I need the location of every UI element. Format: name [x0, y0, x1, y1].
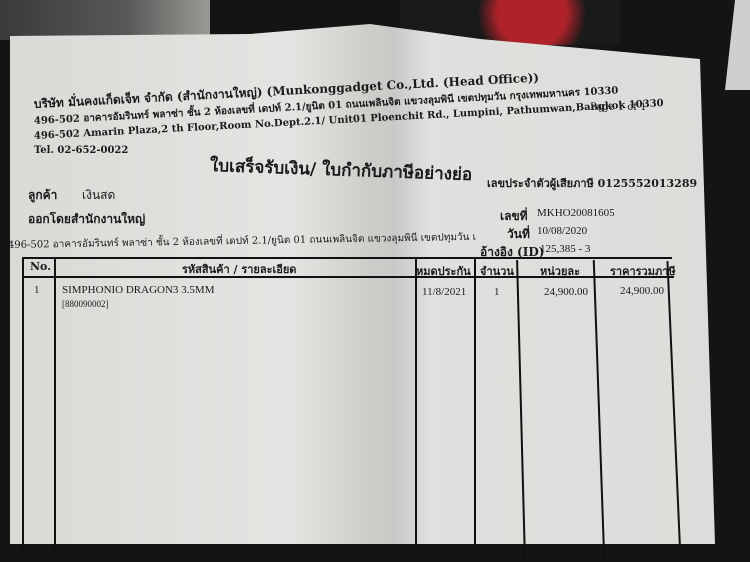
header-no: No. — [30, 260, 51, 273]
table-top-border — [22, 257, 672, 259]
document-number-label: เลขที่ — [500, 207, 528, 226]
reference-value: 125,385 - 3 — [540, 243, 590, 255]
table-col-divider — [474, 259, 476, 559]
row-total: 24,900.00 — [620, 285, 664, 297]
header-warranty: หมดประกัน — [416, 262, 471, 280]
header-quantity: จำนวน — [480, 262, 514, 280]
table-col-divider — [415, 259, 417, 559]
items-table: No. รหัสสินค้า / รายละเอียด หมดประกัน จำ… — [22, 257, 702, 557]
page-indicator: Page 1 of 1 — [590, 102, 647, 113]
row-warranty-expiry: 11/8/2021 — [422, 286, 466, 298]
row-product-code: [880090002] — [62, 299, 109, 309]
row-quantity: 1 — [494, 286, 500, 298]
document-number-value: MKHO20081605 — [537, 207, 615, 219]
header-total: ราคารวมภาษี — [610, 262, 676, 280]
row-unit-price: 24,900.00 — [544, 286, 588, 298]
tax-id: เลขประจำตัวผู้เสียภาษี 0125552013289 — [487, 174, 697, 192]
table-border-left — [22, 257, 24, 557]
issued-by: ออกโดยสำนักงานใหญ่ — [28, 210, 145, 229]
customer-label: ลูกค้า — [28, 186, 57, 205]
table-col-divider — [516, 260, 525, 560]
date-label: วันที่ — [507, 225, 530, 244]
row-no: 1 — [34, 284, 40, 296]
header-description: รหัสสินค้า / รายละเอียด — [182, 260, 296, 278]
background-photo-left — [0, 0, 210, 40]
table-border-right — [666, 261, 681, 561]
background-paper-corner — [725, 0, 750, 90]
table-col-divider — [54, 257, 56, 557]
customer-value: เงินสด — [82, 186, 115, 205]
date-value: 10/08/2020 — [537, 225, 587, 237]
company-phone: Tel. 02-652-0022 — [34, 145, 128, 156]
row-description: SIMPHONIO DRAGON3 3.5MM — [62, 284, 215, 296]
header-unit-price: หน่วยละ — [540, 262, 580, 280]
table-col-divider — [593, 260, 605, 560]
